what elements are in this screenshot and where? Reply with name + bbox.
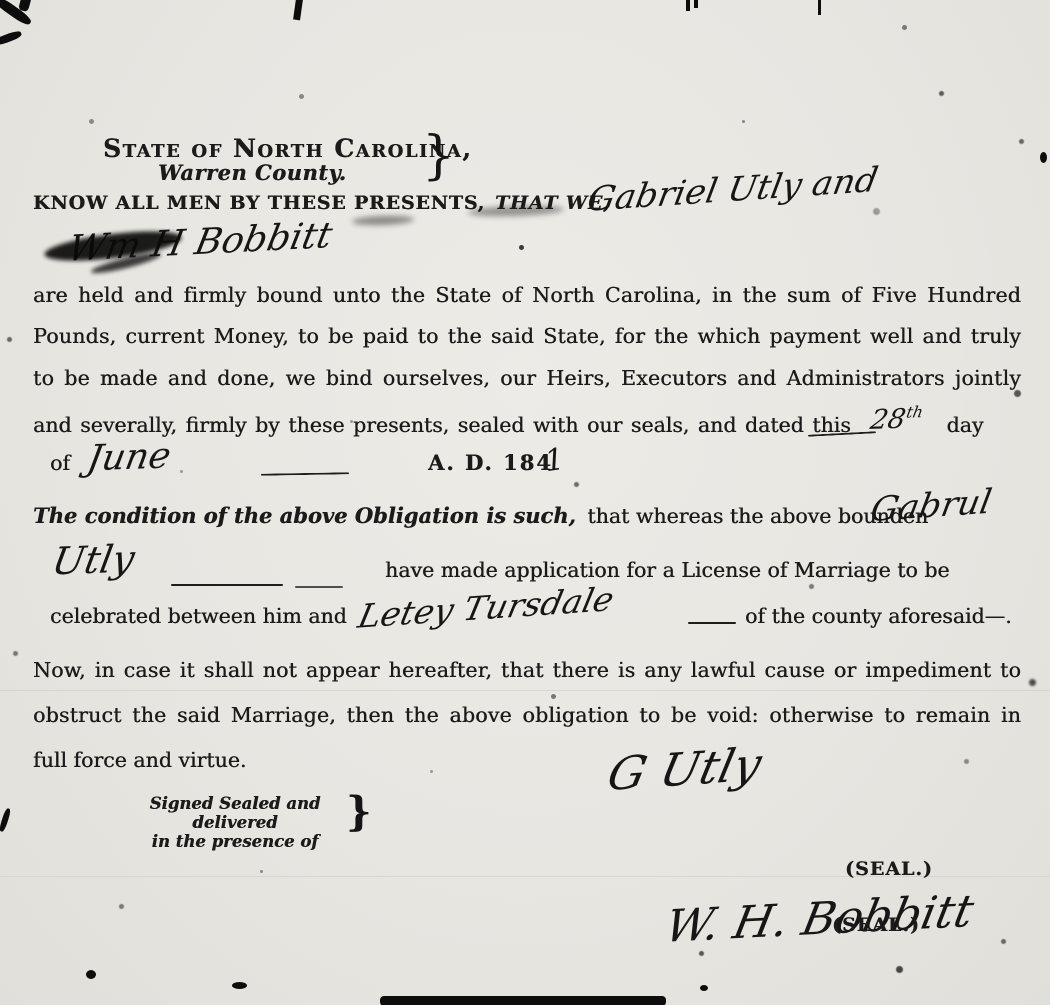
- scan-artifact-corner-tl-2: [0, 29, 23, 46]
- header-county-line: Warren County.: [158, 160, 347, 185]
- witness-statement: Signed Sealed and delivered in the prese…: [105, 794, 365, 851]
- obligation-line-4-text: and severally, firmly by these presents,…: [33, 413, 851, 437]
- handwritten-month: June: [84, 436, 174, 480]
- scan-artifact-top-mark-3: [818, 0, 821, 15]
- header-state-line: State of North Carolina,: [103, 134, 472, 163]
- witness-brace: }: [346, 792, 372, 832]
- condition-now-line-2: obstruct the said Marriage, then the abo…: [33, 703, 1021, 727]
- fold-line-upper: [0, 690, 1050, 691]
- scan-artifact-bottom-band: [380, 996, 666, 1005]
- condition-celebrated-text: celebrated between him and: [50, 604, 347, 628]
- scan-artifact-bottom-blob-2: [232, 982, 247, 989]
- witness-statement-line-1: Signed Sealed and delivered: [105, 794, 365, 832]
- printed-ad-year: A. D. 184: [428, 450, 553, 475]
- seal-top: (SEAL.): [845, 858, 933, 880]
- obligation-line-1: are held and firmly bound unto the State…: [33, 283, 1021, 307]
- condition-now-line-3: full force and virtue.: [33, 748, 1021, 772]
- scan-artifact-bottom-blob-1: [86, 970, 96, 979]
- condition-line-3: celebrated between him and Letey Tursdal…: [33, 598, 1021, 648]
- obligation-line-5-of: of: [50, 451, 70, 475]
- condition-lead-italic: The condition of the above Obligation is…: [33, 503, 576, 528]
- obligation-line-3: to be made and done, we bind ourselves, …: [33, 366, 1021, 390]
- scan-artifact-left-mark: [0, 808, 12, 833]
- scan-artifact-corner-tl-3: [18, 0, 32, 12]
- handwritten-year-digit: 1: [543, 442, 567, 479]
- blank-dash-bride: [688, 622, 736, 624]
- obligation-line-2: Pounds, current Money, to be paid to the…: [33, 324, 1021, 348]
- document-scan: State of North Carolina, Warren County. …: [0, 0, 1050, 1005]
- handwritten-day: 28th: [868, 402, 925, 436]
- handwritten-principal-names: Gabriel Utly and: [584, 160, 881, 220]
- groom-signature: G Utly: [603, 737, 767, 801]
- opening-line: KNOW ALL MEN BY THESE PRESENTS, THAT WE,: [33, 192, 610, 214]
- seal-bottom: (SEAL.): [832, 914, 920, 936]
- handwritten-groom-name-2: Utly: [49, 537, 138, 584]
- scan-artifact-top-mark-2a: [686, 0, 690, 11]
- condition-now-line-1: Now, in case it shall not appear hereaft…: [33, 658, 1021, 682]
- ink-smear-1: [352, 215, 414, 226]
- surety-signature: W. H. Bobbitt: [661, 884, 978, 953]
- scan-artifact-top-mark-2b: [694, 0, 698, 8]
- obligation-line-4-tail: day: [947, 413, 984, 437]
- scan-artifact-top-mark-1: [293, 0, 304, 20]
- blank-dash-groom-1: [171, 584, 283, 586]
- know-all-text: KNOW ALL MEN BY THESE PRESENTS,: [33, 192, 485, 214]
- obligation-line-4: and severally, firmly by these presents,…: [33, 407, 1021, 439]
- header-brace: }: [422, 130, 455, 182]
- condition-application-text: have made application for a License of M…: [385, 558, 950, 582]
- blank-dash-groom-2: [295, 586, 343, 588]
- scan-artifact-bottom-blob-3: [700, 985, 708, 991]
- obligation-line-5: of June A. D. 184 1: [33, 449, 1021, 493]
- handwritten-day-suffix: th: [905, 402, 925, 422]
- scan-artifact-right-mark: [1040, 152, 1047, 163]
- witness-statement-line-2: in the presence of: [105, 832, 365, 851]
- blank-dash-month: [261, 472, 349, 476]
- condition-county-tail: of the county aforesaid—.: [745, 604, 1012, 628]
